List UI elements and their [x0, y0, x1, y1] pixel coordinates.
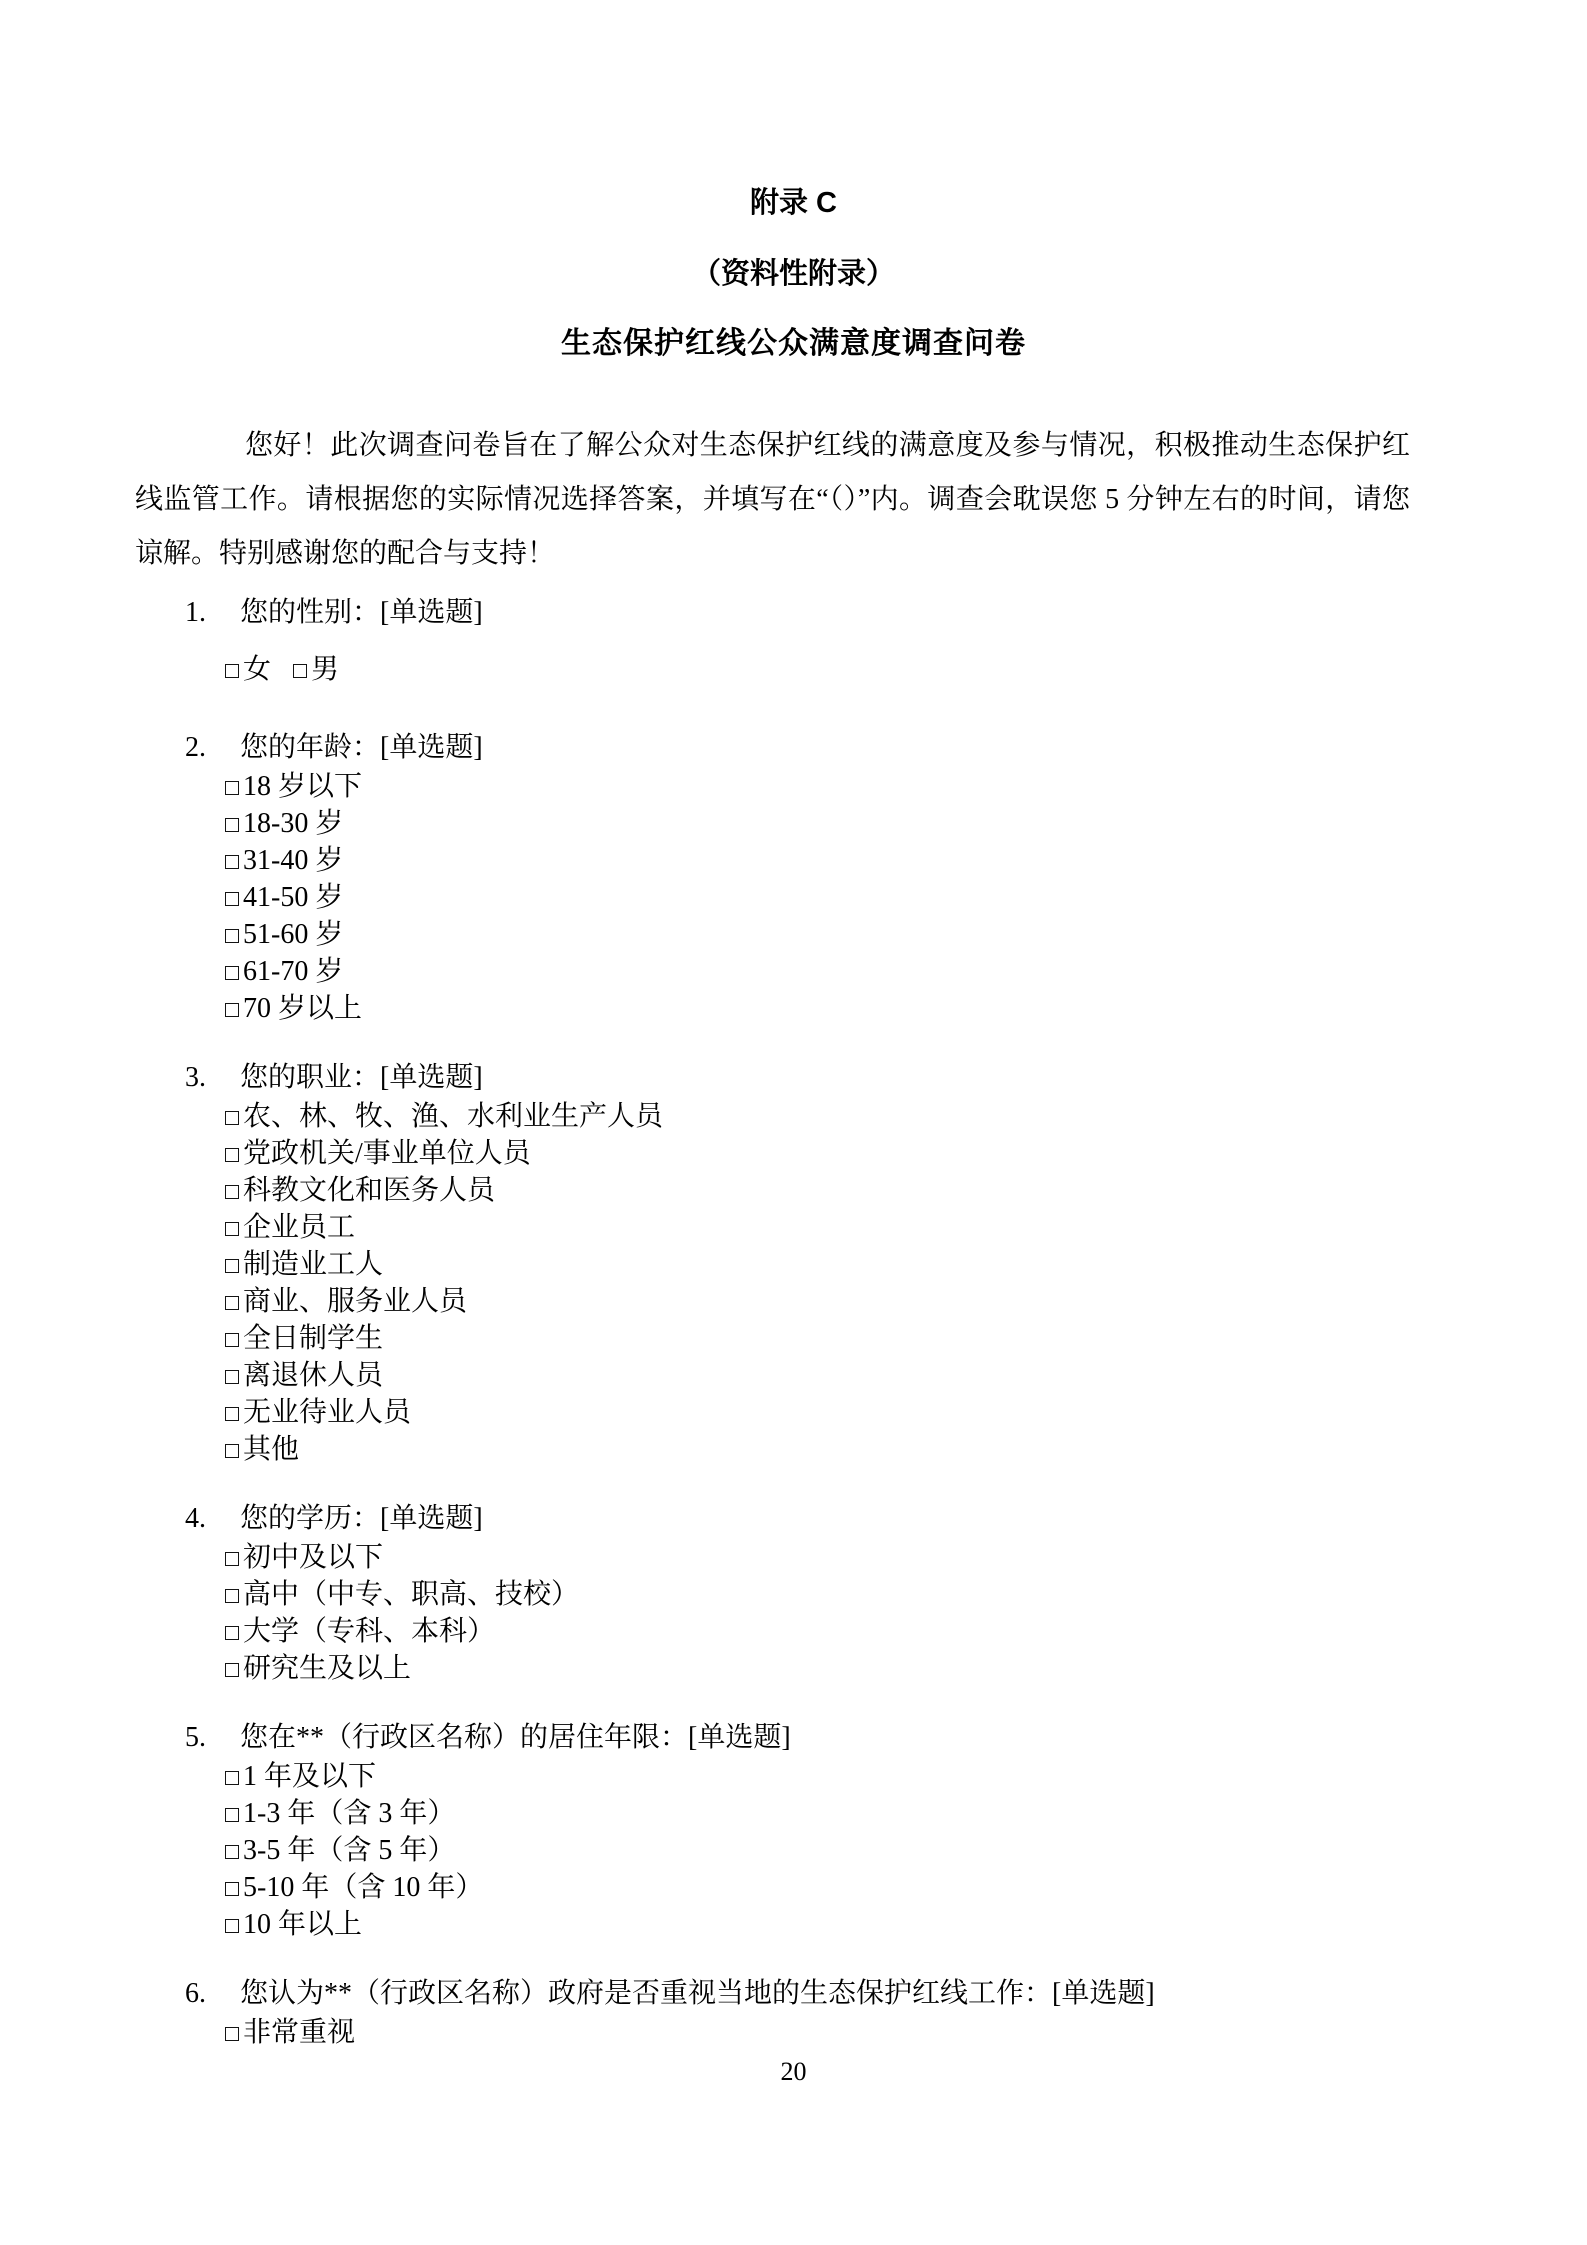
question-item: 3.您的职业：[单选题]农、林、牧、渔、水利业生产人员党政机关/事业单位人员科教… — [135, 1058, 1410, 1468]
option-label: 党政机关/事业单位人员 — [243, 1138, 531, 1169]
checkbox-icon — [225, 1259, 239, 1273]
question-title: 6.您认为**（行政区名称）政府是否重视当地的生态保护红线工作：[单选题] — [135, 1974, 1410, 2014]
option-label: 31-40 岁 — [243, 845, 343, 876]
option-row: 全日制学生 — [225, 1320, 1410, 1357]
option-label: 5-10 年（含 10 年） — [243, 1872, 483, 1903]
option-row: 51-60 岁 — [225, 916, 1410, 953]
option-row: 农、林、牧、渔、水利业生产人员 — [225, 1098, 1410, 1135]
option-label: 70 岁以上 — [243, 993, 362, 1024]
checkbox-icon — [293, 664, 307, 678]
option-label: 18-30 岁 — [243, 808, 343, 839]
option-label: 51-60 岁 — [243, 919, 343, 950]
checkbox-icon — [225, 1296, 239, 1310]
checkbox-icon — [225, 664, 239, 678]
option-row: 1-3 年（含 3 年） — [225, 1795, 1410, 1832]
question-options: 女男 — [135, 651, 1410, 688]
question-item: 1.您的性别：[单选题]女男 — [135, 593, 1410, 688]
question-label: 您的学历：[单选题] — [240, 1503, 483, 1534]
option-row: 1 年及以下 — [225, 1758, 1410, 1795]
document-headings: 附录 C （资料性附录） 生态保护红线公众满意度调查问卷 — [0, 0, 1587, 362]
checkbox-icon — [225, 1771, 239, 1785]
option-label: 10 年以上 — [243, 1909, 362, 1940]
option-row: 商业、服务业人员 — [225, 1283, 1410, 1320]
option-label: 全日制学生 — [243, 1323, 383, 1354]
option-label: 初中及以下 — [243, 1542, 383, 1573]
checkbox-icon — [225, 1626, 239, 1640]
option-row: 男 — [293, 651, 339, 688]
checkbox-icon — [225, 1370, 239, 1384]
checkbox-icon — [225, 1663, 239, 1677]
intro-paragraph: 您好！此次调查问卷旨在了解公众对生态保护红线的满意度及参与情况，积极推动生态保护… — [135, 419, 1410, 581]
checkbox-icon — [225, 1111, 239, 1125]
option-label: 3-5 年（含 5 年） — [243, 1835, 455, 1866]
option-row: 70 岁以上 — [225, 990, 1410, 1027]
checkbox-icon — [225, 1919, 239, 1933]
checkbox-icon — [225, 2027, 239, 2041]
option-row: 18 岁以下 — [225, 768, 1410, 805]
checkbox-icon — [225, 1589, 239, 1603]
option-row: 5-10 年（含 10 年） — [225, 1869, 1410, 1906]
option-row: 非常重视 — [225, 2014, 1410, 2051]
question-label: 您的职业：[单选题] — [240, 1062, 483, 1093]
question-item: 6.您认为**（行政区名称）政府是否重视当地的生态保护红线工作：[单选题]非常重… — [135, 1974, 1410, 2051]
question-options: 农、林、牧、渔、水利业生产人员党政机关/事业单位人员科教文化和医务人员企业员工制… — [135, 1098, 1410, 1468]
question-label: 您的年龄：[单选题] — [240, 732, 483, 763]
question-options: 初中及以下高中（中专、职高、技校）大学（专科、本科）研究生及以上 — [135, 1539, 1410, 1687]
option-label: 61-70 岁 — [243, 956, 343, 987]
option-label: 制造业工人 — [243, 1249, 383, 1280]
question-title: 2.您的年龄：[单选题] — [135, 728, 1410, 768]
option-label: 企业员工 — [243, 1212, 355, 1243]
option-row: 其他 — [225, 1431, 1410, 1468]
option-row: 离退休人员 — [225, 1357, 1410, 1394]
document-title: 生态保护红线公众满意度调查问卷 — [0, 326, 1587, 362]
question-title: 5.您在**（行政区名称）的居住年限：[单选题] — [135, 1718, 1410, 1758]
appendix-note: （资料性附录） — [0, 258, 1587, 290]
option-row: 党政机关/事业单位人员 — [225, 1135, 1410, 1172]
question-options: 非常重视 — [135, 2014, 1410, 2051]
option-label: 1 年及以下 — [243, 1761, 376, 1792]
checkbox-icon — [225, 1003, 239, 1017]
checkbox-icon — [225, 781, 239, 795]
document-page: 附录 C （资料性附录） 生态保护红线公众满意度调查问卷 您好！此次调查问卷旨在… — [0, 0, 1587, 2245]
option-label: 其他 — [243, 1434, 299, 1465]
option-row: 无业待业人员 — [225, 1394, 1410, 1431]
question-list: 1.您的性别：[单选题]女男2.您的年龄：[单选题]18 岁以下18-30 岁3… — [135, 593, 1410, 2051]
option-row: 10 年以上 — [225, 1906, 1410, 1943]
checkbox-icon — [225, 1333, 239, 1347]
checkbox-icon — [225, 1222, 239, 1236]
option-row: 初中及以下 — [225, 1539, 1410, 1576]
option-label: 男 — [311, 654, 339, 685]
checkbox-icon — [225, 1444, 239, 1458]
question-title: 1.您的性别：[单选题] — [135, 593, 1410, 633]
option-row: 企业员工 — [225, 1209, 1410, 1246]
checkbox-icon — [225, 1882, 239, 1896]
option-label: 1-3 年（含 3 年） — [243, 1798, 455, 1829]
checkbox-icon — [225, 1845, 239, 1859]
checkbox-icon — [225, 1185, 239, 1199]
option-label: 18 岁以下 — [243, 771, 362, 802]
question-options: 1 年及以下1-3 年（含 3 年）3-5 年（含 5 年）5-10 年（含 1… — [135, 1758, 1410, 1943]
option-row: 61-70 岁 — [225, 953, 1410, 990]
checkbox-icon — [225, 929, 239, 943]
checkbox-icon — [225, 892, 239, 906]
option-label: 非常重视 — [243, 2017, 355, 2048]
checkbox-icon — [225, 1552, 239, 1566]
checkbox-icon — [225, 855, 239, 869]
option-row: 制造业工人 — [225, 1246, 1410, 1283]
question-number: 1. — [185, 593, 240, 633]
question-label: 您认为**（行政区名称）政府是否重视当地的生态保护红线工作：[单选题] — [240, 1978, 1155, 2009]
question-number: 2. — [185, 728, 240, 768]
checkbox-icon — [225, 818, 239, 832]
option-row: 大学（专科、本科） — [225, 1613, 1410, 1650]
question-options: 18 岁以下18-30 岁31-40 岁41-50 岁51-60 岁61-70 … — [135, 768, 1410, 1027]
option-label: 41-50 岁 — [243, 882, 343, 913]
option-row: 高中（中专、职高、技校） — [225, 1576, 1410, 1613]
option-label: 研究生及以上 — [243, 1653, 411, 1684]
checkbox-icon — [225, 1407, 239, 1421]
option-row: 41-50 岁 — [225, 879, 1410, 916]
option-label: 商业、服务业人员 — [243, 1286, 467, 1317]
question-item: 2.您的年龄：[单选题]18 岁以下18-30 岁31-40 岁41-50 岁5… — [135, 728, 1410, 1027]
question-title: 3.您的职业：[单选题] — [135, 1058, 1410, 1098]
question-item: 5.您在**（行政区名称）的居住年限：[单选题]1 年及以下1-3 年（含 3 … — [135, 1718, 1410, 1943]
page-number: 20 — [0, 2057, 1587, 2087]
option-label: 无业待业人员 — [243, 1397, 411, 1428]
question-number: 6. — [185, 1974, 240, 2014]
question-item: 4.您的学历：[单选题]初中及以下高中（中专、职高、技校）大学（专科、本科）研究… — [135, 1499, 1410, 1687]
option-label: 科教文化和医务人员 — [243, 1175, 495, 1206]
document-content: 您好！此次调查问卷旨在了解公众对生态保护红线的满意度及参与情况，积极推动生态保护… — [0, 419, 1587, 2051]
option-row: 科教文化和医务人员 — [225, 1172, 1410, 1209]
question-number: 5. — [185, 1718, 240, 1758]
option-label: 大学（专科、本科） — [243, 1616, 495, 1647]
checkbox-icon — [225, 1808, 239, 1822]
option-label: 农、林、牧、渔、水利业生产人员 — [243, 1101, 663, 1132]
option-row: 31-40 岁 — [225, 842, 1410, 879]
question-label: 您在**（行政区名称）的居住年限：[单选题] — [240, 1722, 791, 1753]
checkbox-icon — [225, 1148, 239, 1162]
question-number: 3. — [185, 1058, 240, 1098]
checkbox-icon — [225, 966, 239, 980]
option-row: 研究生及以上 — [225, 1650, 1410, 1687]
option-row: 3-5 年（含 5 年） — [225, 1832, 1410, 1869]
question-title: 4.您的学历：[单选题] — [135, 1499, 1410, 1539]
option-row: 女 — [225, 651, 271, 688]
option-label: 女 — [243, 654, 271, 685]
option-label: 离退休人员 — [243, 1360, 383, 1391]
option-row: 18-30 岁 — [225, 805, 1410, 842]
question-label: 您的性别：[单选题] — [240, 597, 483, 628]
appendix-label: 附录 C — [0, 186, 1587, 220]
option-label: 高中（中专、职高、技校） — [243, 1579, 579, 1610]
question-number: 4. — [185, 1499, 240, 1539]
